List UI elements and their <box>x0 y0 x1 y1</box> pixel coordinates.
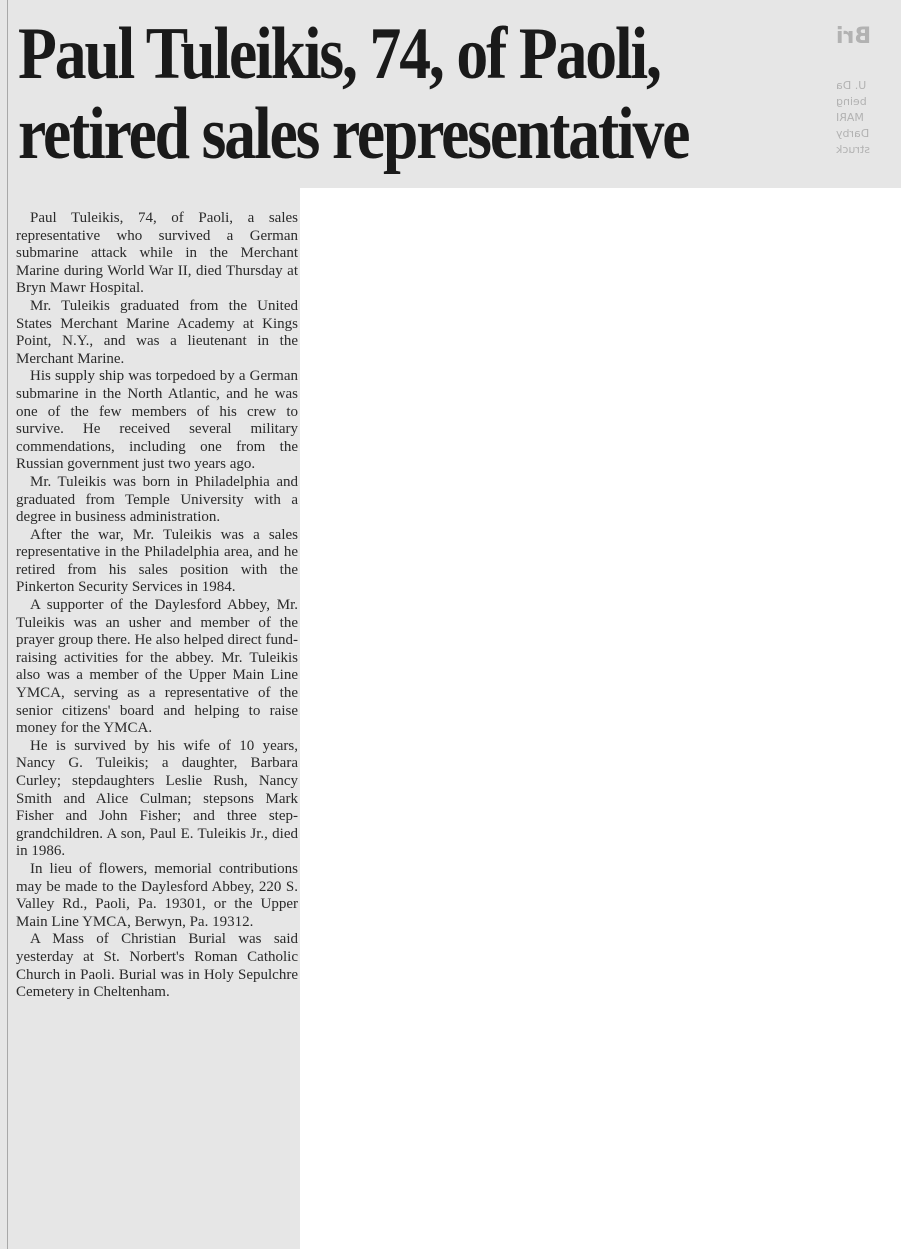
paragraph: A Mass of Christian Burial was said yest… <box>16 931 298 1001</box>
bleed-text-0: Bri <box>836 24 901 50</box>
bleed-text-4: Darby <box>836 126 901 142</box>
paragraph: He is survived by his wife of 10 years, … <box>16 738 298 861</box>
paragraph: Mr. Tuleikis was born in Philadelphia an… <box>16 474 298 527</box>
article-body: Paul Tuleikis, 74, of Paoli, a sales rep… <box>16 210 298 1002</box>
paragraph: A supporter of the Daylesford Abbey, Mr.… <box>16 597 298 738</box>
bleed-text-5: struck <box>836 142 901 158</box>
paragraph: After the war, Mr. Tuleikis was a sales … <box>16 527 298 597</box>
bleed-text-1: U. Da <box>836 78 901 94</box>
headline-line-2: retired sales representative <box>18 93 688 175</box>
paragraph: His supply ship was torpedoed by a Germa… <box>16 368 298 474</box>
bleed-through-text: Bri U. Da being MARI Darby struck <box>836 0 901 158</box>
column-rule <box>7 0 8 1249</box>
paragraph: In lieu of flowers, memorial contributio… <box>16 861 298 931</box>
headline: Paul Tuleikis, 74, of Paoli, retired sal… <box>18 14 688 174</box>
headline-line-1: Paul Tuleikis, 74, of Paoli, <box>18 13 660 95</box>
bleed-text-3: MARI <box>836 110 901 126</box>
bleed-text-2: being <box>836 94 901 110</box>
paragraph: Mr. Tuleikis graduated from the United S… <box>16 298 298 368</box>
paragraph: Paul Tuleikis, 74, of Paoli, a sales rep… <box>16 210 298 298</box>
